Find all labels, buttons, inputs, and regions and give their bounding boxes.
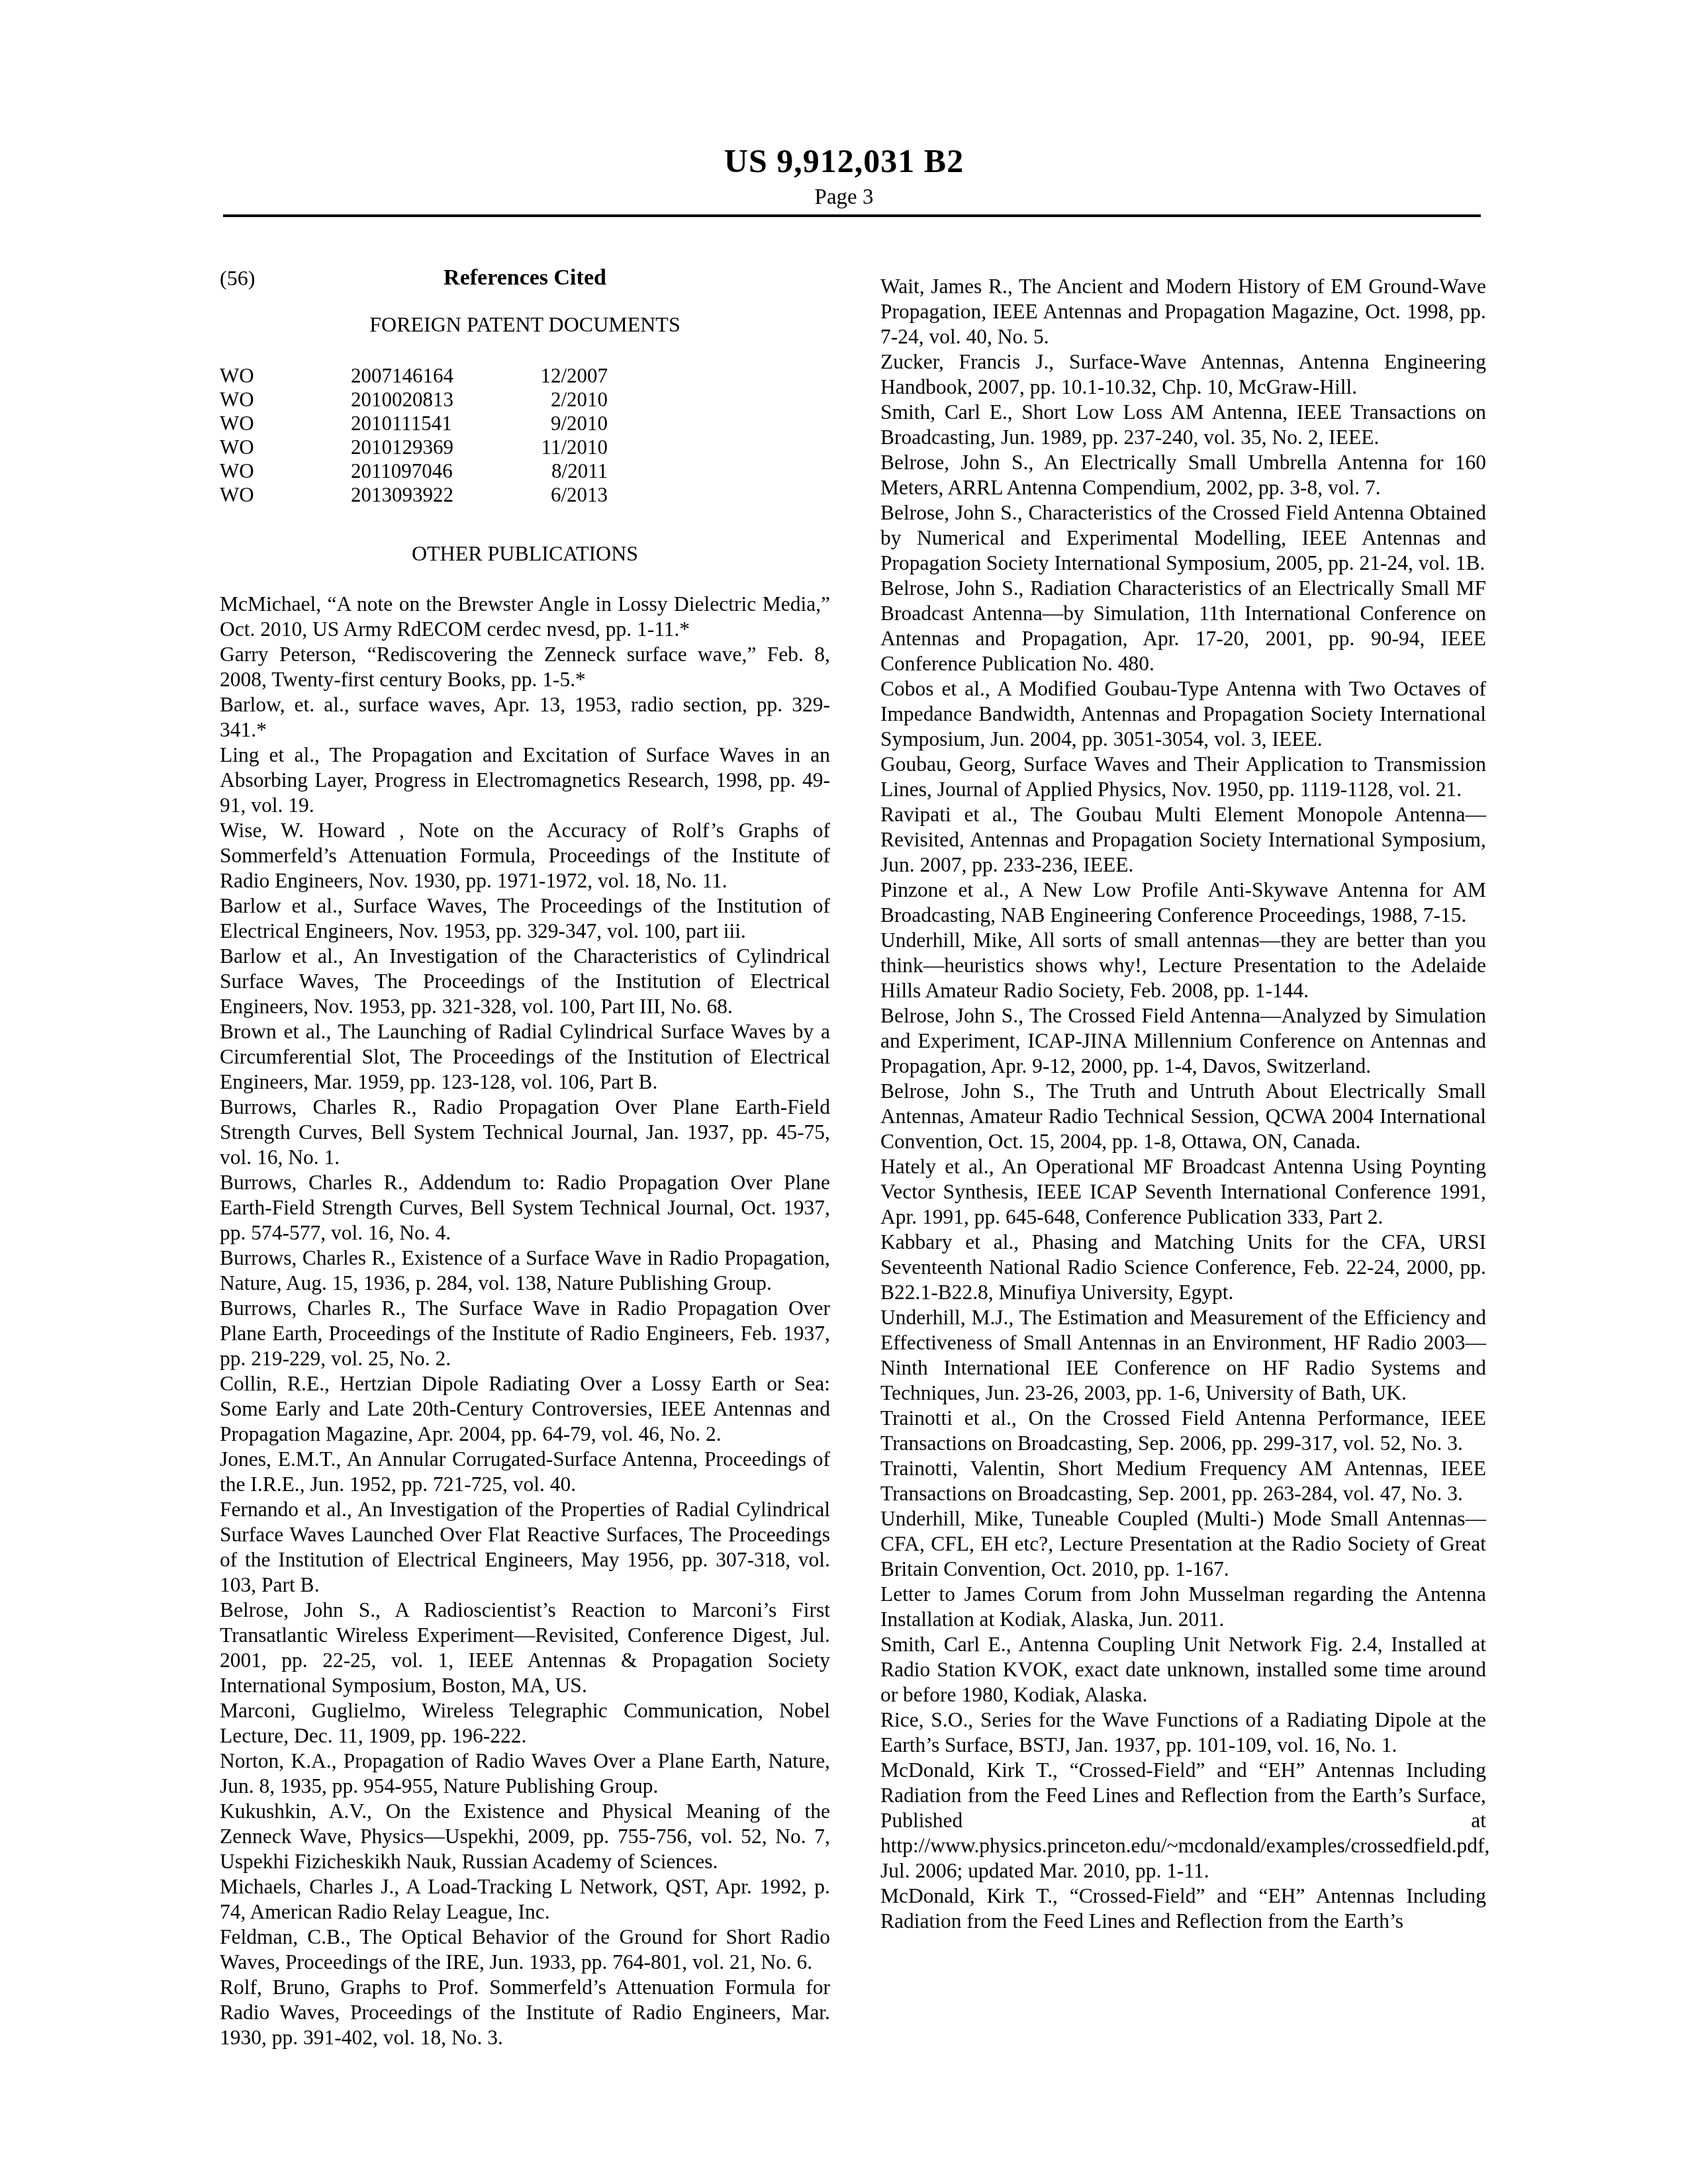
reference-item: Garry Peterson, “Rediscovering the Zenne… [220, 642, 830, 692]
reference-item: Brown et al., The Launching of Radial Cy… [220, 1019, 830, 1095]
patent-page: US 9,912,031 B2 Page 3 (56) References C… [0, 0, 1688, 2184]
right-column: Wait, James R., The Ancient and Modern H… [880, 265, 1486, 2050]
reference-item: Zucker, Francis J., Surface-Wave Antenna… [880, 349, 1486, 400]
country-code: WO [220, 364, 351, 388]
content-columns: (56) References Cited FOREIGN PATENT DOC… [220, 265, 1486, 2050]
publication-date: 6/2013 [470, 483, 608, 507]
country-code: WO [220, 483, 351, 507]
reference-item: Trainotti, Valentin, Short Medium Freque… [880, 1456, 1486, 1506]
patent-number-cell: 2007146164 [351, 364, 470, 388]
publication-date: 8/2011 [470, 459, 608, 483]
country-code: WO [220, 412, 351, 435]
left-column: (56) References Cited FOREIGN PATENT DOC… [220, 265, 830, 2050]
reference-item: Kabbary et al., Phasing and Matching Uni… [880, 1230, 1486, 1305]
reference-item: Underhill, Mike, All sorts of small ante… [880, 928, 1486, 1003]
reference-item: Burrows, Charles R., Existence of a Surf… [220, 1246, 830, 1296]
country-code: WO [220, 435, 351, 459]
reference-item: Letter to James Corum from John Musselma… [880, 1582, 1486, 1632]
header-rule [223, 214, 1481, 217]
reference-item: Rice, S.O., Series for the Wave Function… [880, 1707, 1486, 1758]
publications-list-right: Wait, James R., The Ancient and Modern H… [880, 274, 1486, 1934]
reference-item: Belrose, John S., The Crossed Field Ante… [880, 1003, 1486, 1079]
patent-number-cell: 2010129369 [351, 435, 470, 459]
reference-item: Ravipati et al., The Goubau Multi Elemen… [880, 802, 1486, 878]
reference-item: Rolf, Bruno, Graphs to Prof. Sommerfeld’… [220, 1975, 830, 2050]
foreign-patent-row: WO20130939226/2013 [220, 483, 830, 507]
other-publications-header: OTHER PUBLICATIONS [220, 540, 830, 567]
reference-item: Burrows, Charles R., Radio Propagation O… [220, 1095, 830, 1170]
page-header: US 9,912,031 B2 Page 3 [0, 144, 1688, 208]
reference-item: Belrose, John S., A Radioscientist’s Rea… [220, 1598, 830, 1698]
reference-item: Burrows, Charles R., Addendum to: Radio … [220, 1170, 830, 1246]
references-cited-row: (56) References Cited [220, 265, 830, 291]
patent-number-cell: 2013093922 [351, 483, 470, 507]
reference-item: Ling et al., The Propagation and Excitat… [220, 743, 830, 818]
country-code: WO [220, 388, 351, 412]
country-code: WO [220, 459, 351, 483]
reference-item: Hately et al., An Operational MF Broadca… [880, 1154, 1486, 1230]
reference-item: Barlow, et. al., surface waves, Apr. 13,… [220, 692, 830, 743]
reference-item: Wait, James R., The Ancient and Modern H… [880, 274, 1486, 349]
reference-item: Smith, Carl E., Short Low Loss AM Antenn… [880, 400, 1486, 450]
reference-item: Wise, W. Howard , Note on the Accuracy o… [220, 818, 830, 893]
reference-item: Belrose, John S., Radiation Characterist… [880, 576, 1486, 676]
publication-date: 2/2010 [470, 388, 608, 412]
references-cited-title: References Cited [444, 265, 606, 290]
reference-item: Belrose, John S., The Truth and Untruth … [880, 1079, 1486, 1154]
foreign-patent-row: WO200714616412/2007 [220, 364, 830, 388]
publication-date: 11/2010 [470, 435, 608, 459]
reference-item: Underhill, Mike, Tuneable Coupled (Multi… [880, 1506, 1486, 1582]
foreign-patent-row: WO20100208132/2010 [220, 388, 830, 412]
patent-number-cell: 2010020813 [351, 388, 470, 412]
publication-date: 9/2010 [470, 412, 608, 435]
patent-number: US 9,912,031 B2 [0, 144, 1688, 177]
reference-item: Smith, Carl E., Antenna Coupling Unit Ne… [880, 1632, 1486, 1707]
reference-item: McDonald, Kirk T., “Crossed-Field” and “… [880, 1884, 1486, 1934]
reference-item: Barlow et al., Surface Waves, The Procee… [220, 893, 830, 944]
foreign-patent-row: WO201012936911/2010 [220, 435, 830, 459]
reference-item: Pinzone et al., A New Low Profile Anti-S… [880, 878, 1486, 928]
reference-item: Barlow et al., An Investigation of the C… [220, 944, 830, 1019]
foreign-patent-table: WO200714616412/2007WO20100208132/2010WO2… [220, 364, 830, 507]
foreign-patent-row: WO20110970468/2011 [220, 459, 830, 483]
reference-item: Kukushkin, A.V., On the Existence and Ph… [220, 1799, 830, 1874]
patent-number-cell: 2010111541 [351, 412, 470, 435]
reference-item: Goubau, Georg, Surface Waves and Their A… [880, 752, 1486, 802]
reference-item: Belrose, John S., An Electrically Small … [880, 450, 1486, 500]
reference-item: Fernando et al., An Investigation of the… [220, 1497, 830, 1598]
foreign-patent-documents-header: FOREIGN PATENT DOCUMENTS [220, 311, 830, 338]
reference-item: McMichael, “A note on the Brewster Angle… [220, 592, 830, 642]
reference-item: Michaels, Charles J., A Load-Tracking L … [220, 1874, 830, 1925]
reference-item: Underhill, M.J., The Estimation and Meas… [880, 1305, 1486, 1406]
publications-list-left: McMichael, “A note on the Brewster Angle… [220, 592, 830, 2050]
reference-item: Marconi, Guglielmo, Wireless Telegraphic… [220, 1698, 830, 1749]
reference-item: Jones, E.M.T., An Annular Corrugated-Sur… [220, 1447, 830, 1497]
page-number: Page 3 [0, 187, 1688, 208]
foreign-patent-row: WO20101115419/2010 [220, 412, 830, 435]
patent-number-cell: 2011097046 [351, 459, 470, 483]
reference-item: Belrose, John S., Characteristics of the… [880, 500, 1486, 576]
section-number: (56) [220, 265, 255, 291]
reference-item: Trainotti et al., On the Crossed Field A… [880, 1406, 1486, 1456]
reference-item: Cobos et al., A Modified Goubau-Type Ant… [880, 676, 1486, 752]
reference-item: Burrows, Charles R., The Surface Wave in… [220, 1296, 830, 1371]
reference-item: McDonald, Kirk T., “Crossed-Field” and “… [880, 1758, 1486, 1884]
reference-item: Norton, K.A., Propagation of Radio Waves… [220, 1749, 830, 1799]
publication-date: 12/2007 [470, 364, 608, 388]
reference-item: Collin, R.E., Hertzian Dipole Radiating … [220, 1371, 830, 1447]
reference-item: Feldman, C.B., The Optical Behavior of t… [220, 1925, 830, 1975]
